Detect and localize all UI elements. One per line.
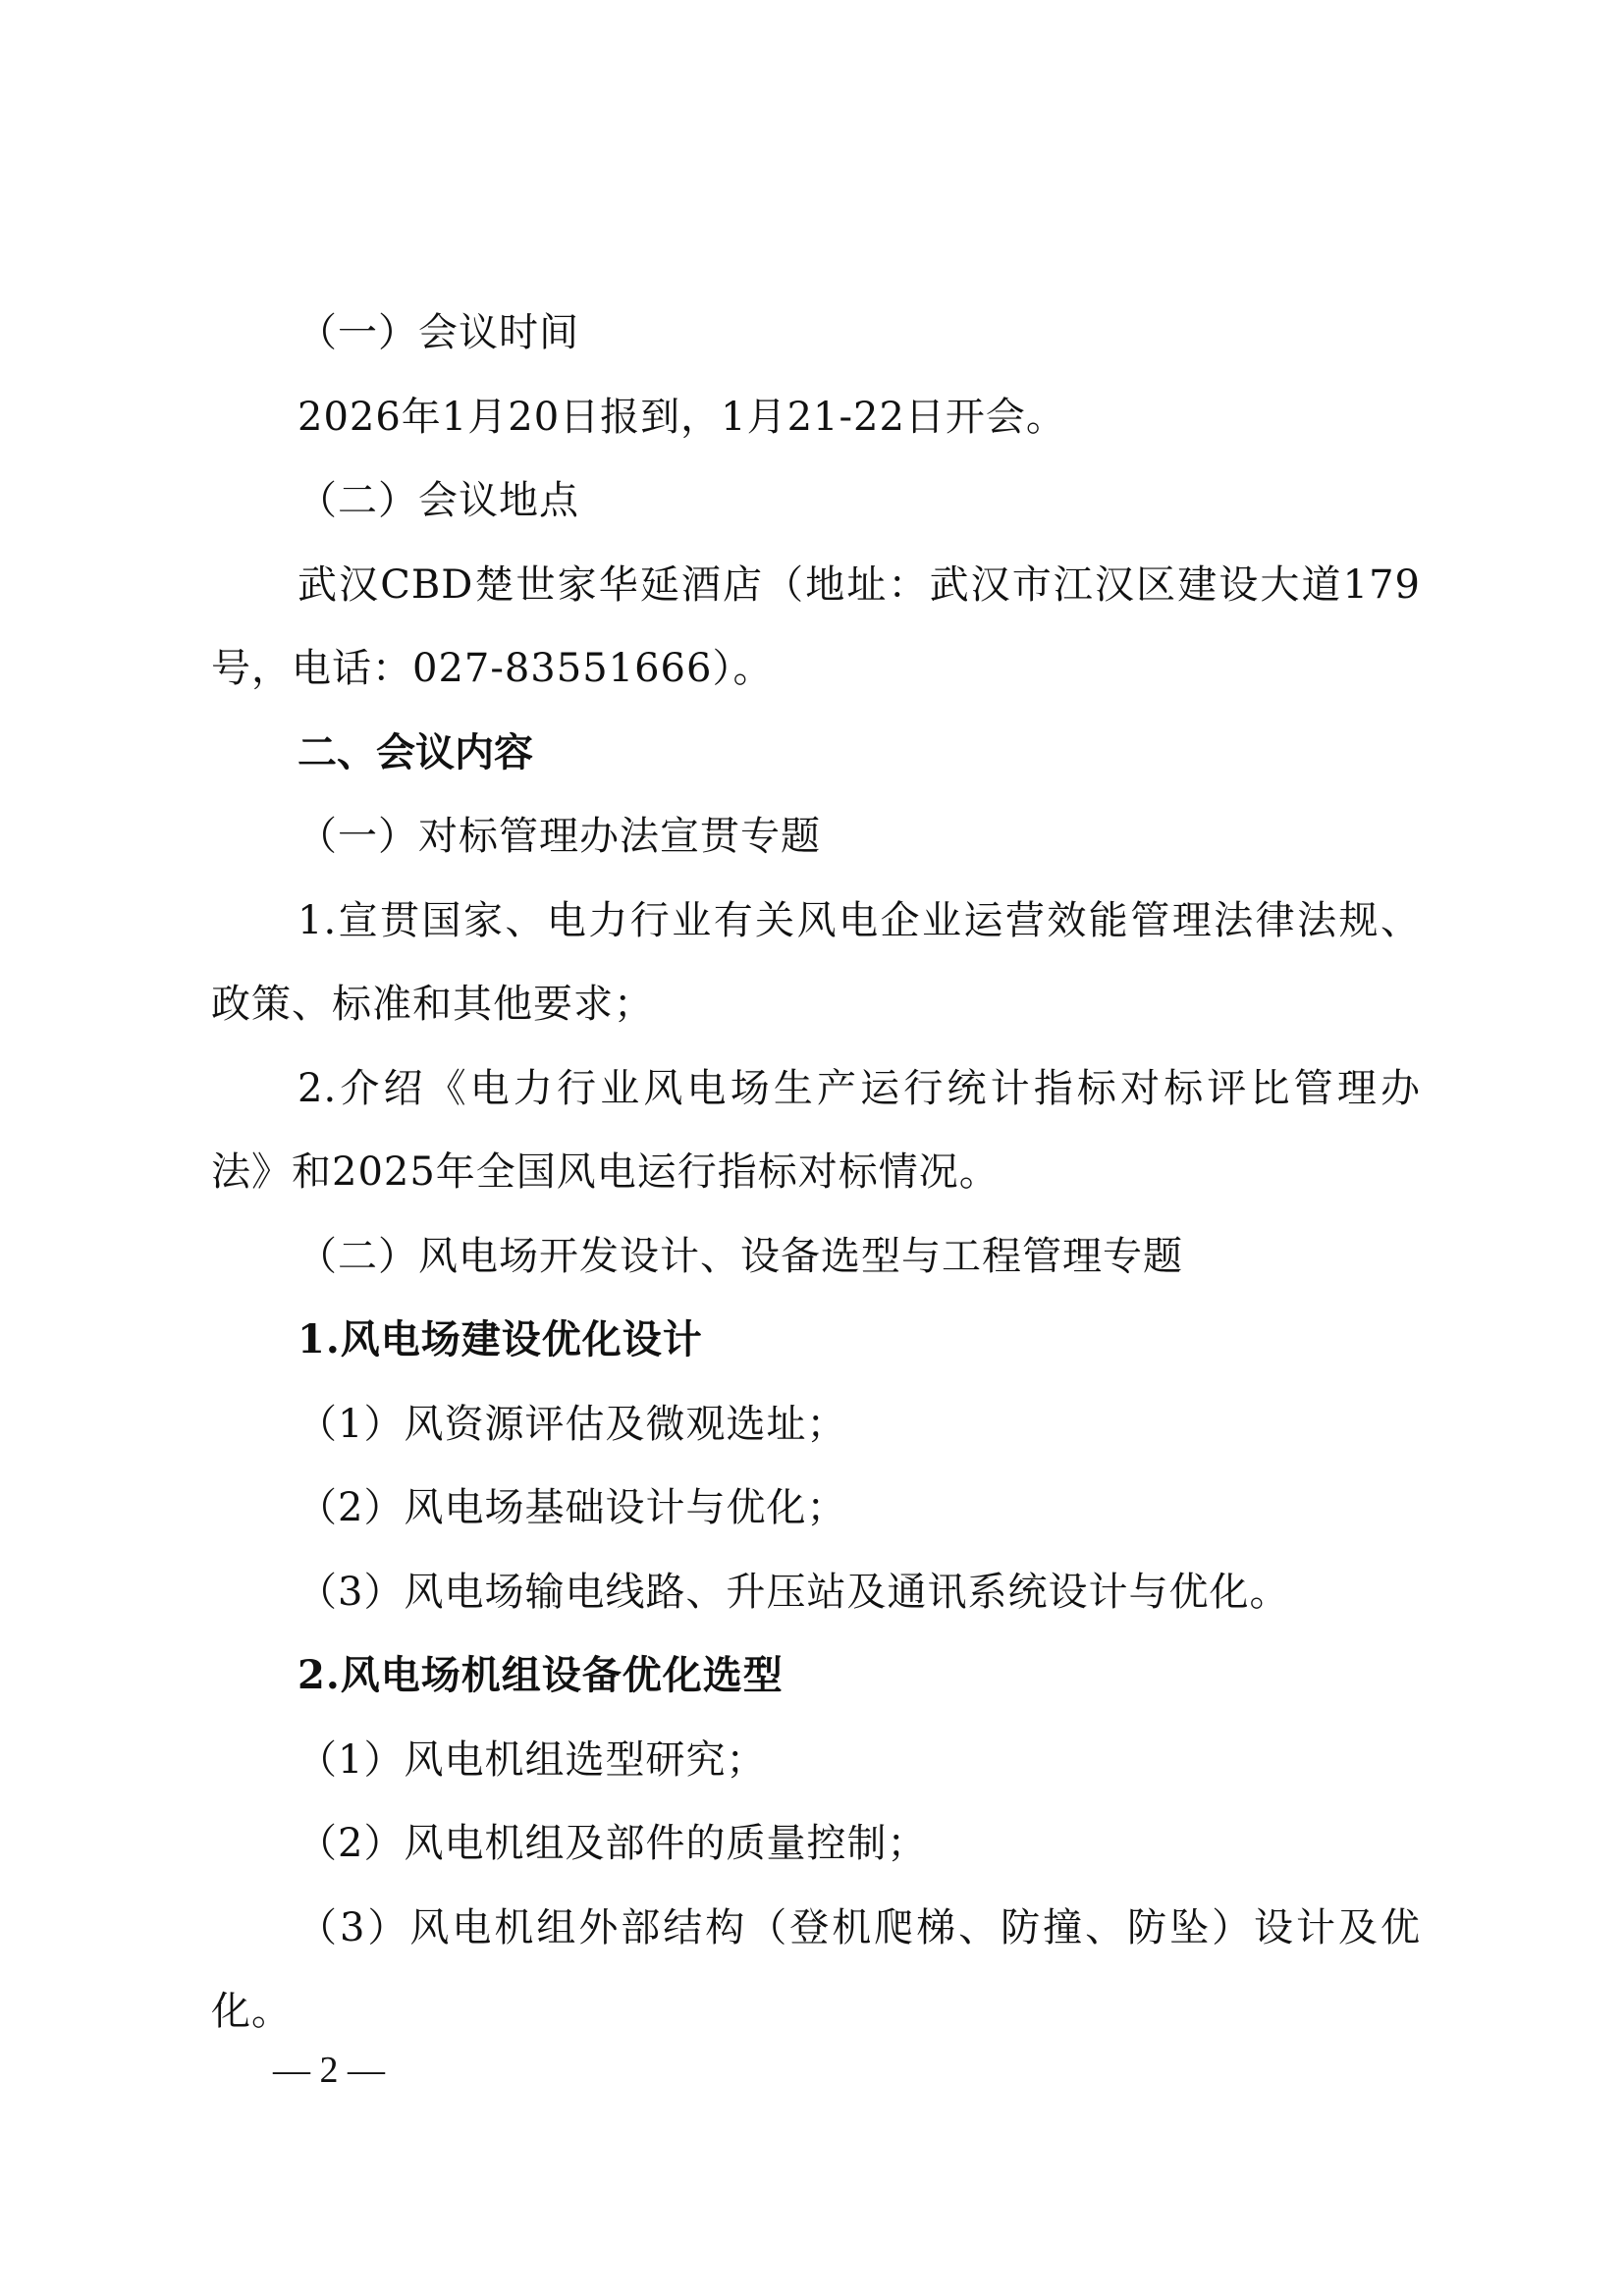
section-heading-meeting-time: （一）会议时间 — [298, 307, 1421, 358]
topic-one-item-1-line-1: 1.宣贯国家、电力行业有关风电企业运营效能管理法律法规、 — [298, 895, 1421, 946]
topic-one-item-2-line-2: 法》和2025年全国风电运行指标对标情况。 — [211, 1147, 1421, 1198]
section-heading-meeting-location: （二）会议地点 — [298, 475, 1421, 526]
topic-one-item-2-line-1: 2.介绍《电力行业风电场生产运行统计指标对标评比管理办 — [298, 1063, 1421, 1114]
sub-one-item-1: （1）风资源评估及微观选址； — [298, 1399, 1421, 1450]
topic-one-item-1-line-2: 政策、标准和其他要求； — [211, 979, 1421, 1030]
sub-two-item-3-line-2: 化。 — [211, 1986, 1421, 2037]
sub-two-heading: 2.风电场机组设备优化选型 — [298, 1650, 1421, 1701]
meeting-location-line-1: 武汉CBD楚世家华延酒店（地址：武汉市江汉区建设大道179 — [298, 560, 1421, 611]
sub-two-item-1: （1）风电机组选型研究； — [298, 1735, 1421, 1786]
part-two-heading: 二、会议内容 — [298, 727, 1421, 778]
document-page: （一）会议时间 2026年1月20日报到，1月21-22日开会。 （二）会议地点… — [0, 0, 1624, 2296]
sub-one-item-2: （2）风电场基础设计与优化； — [298, 1482, 1421, 1533]
sub-two-item-2: （2）风电机组及部件的质量控制； — [298, 1818, 1421, 1869]
topic-two-heading: （二）风电场开发设计、设备选型与工程管理专题 — [298, 1231, 1421, 1282]
page-number: — 2 — — [273, 2048, 385, 2093]
sub-two-item-3-line-1: （3）风电机组外部结构（登机爬梯、防撞、防坠）设计及优 — [298, 1902, 1421, 1953]
sub-one-item-3: （3）风电场输电线路、升压站及通讯系统设计与优化。 — [298, 1567, 1421, 1618]
topic-one-heading: （一）对标管理办法宣贯专题 — [298, 811, 1421, 862]
meeting-time-text: 2026年1月20日报到，1月21-22日开会。 — [298, 392, 1421, 443]
meeting-location-line-2: 号，电话：027-83551666）。 — [211, 643, 1421, 694]
sub-one-heading: 1.风电场建设优化设计 — [298, 1314, 1421, 1365]
